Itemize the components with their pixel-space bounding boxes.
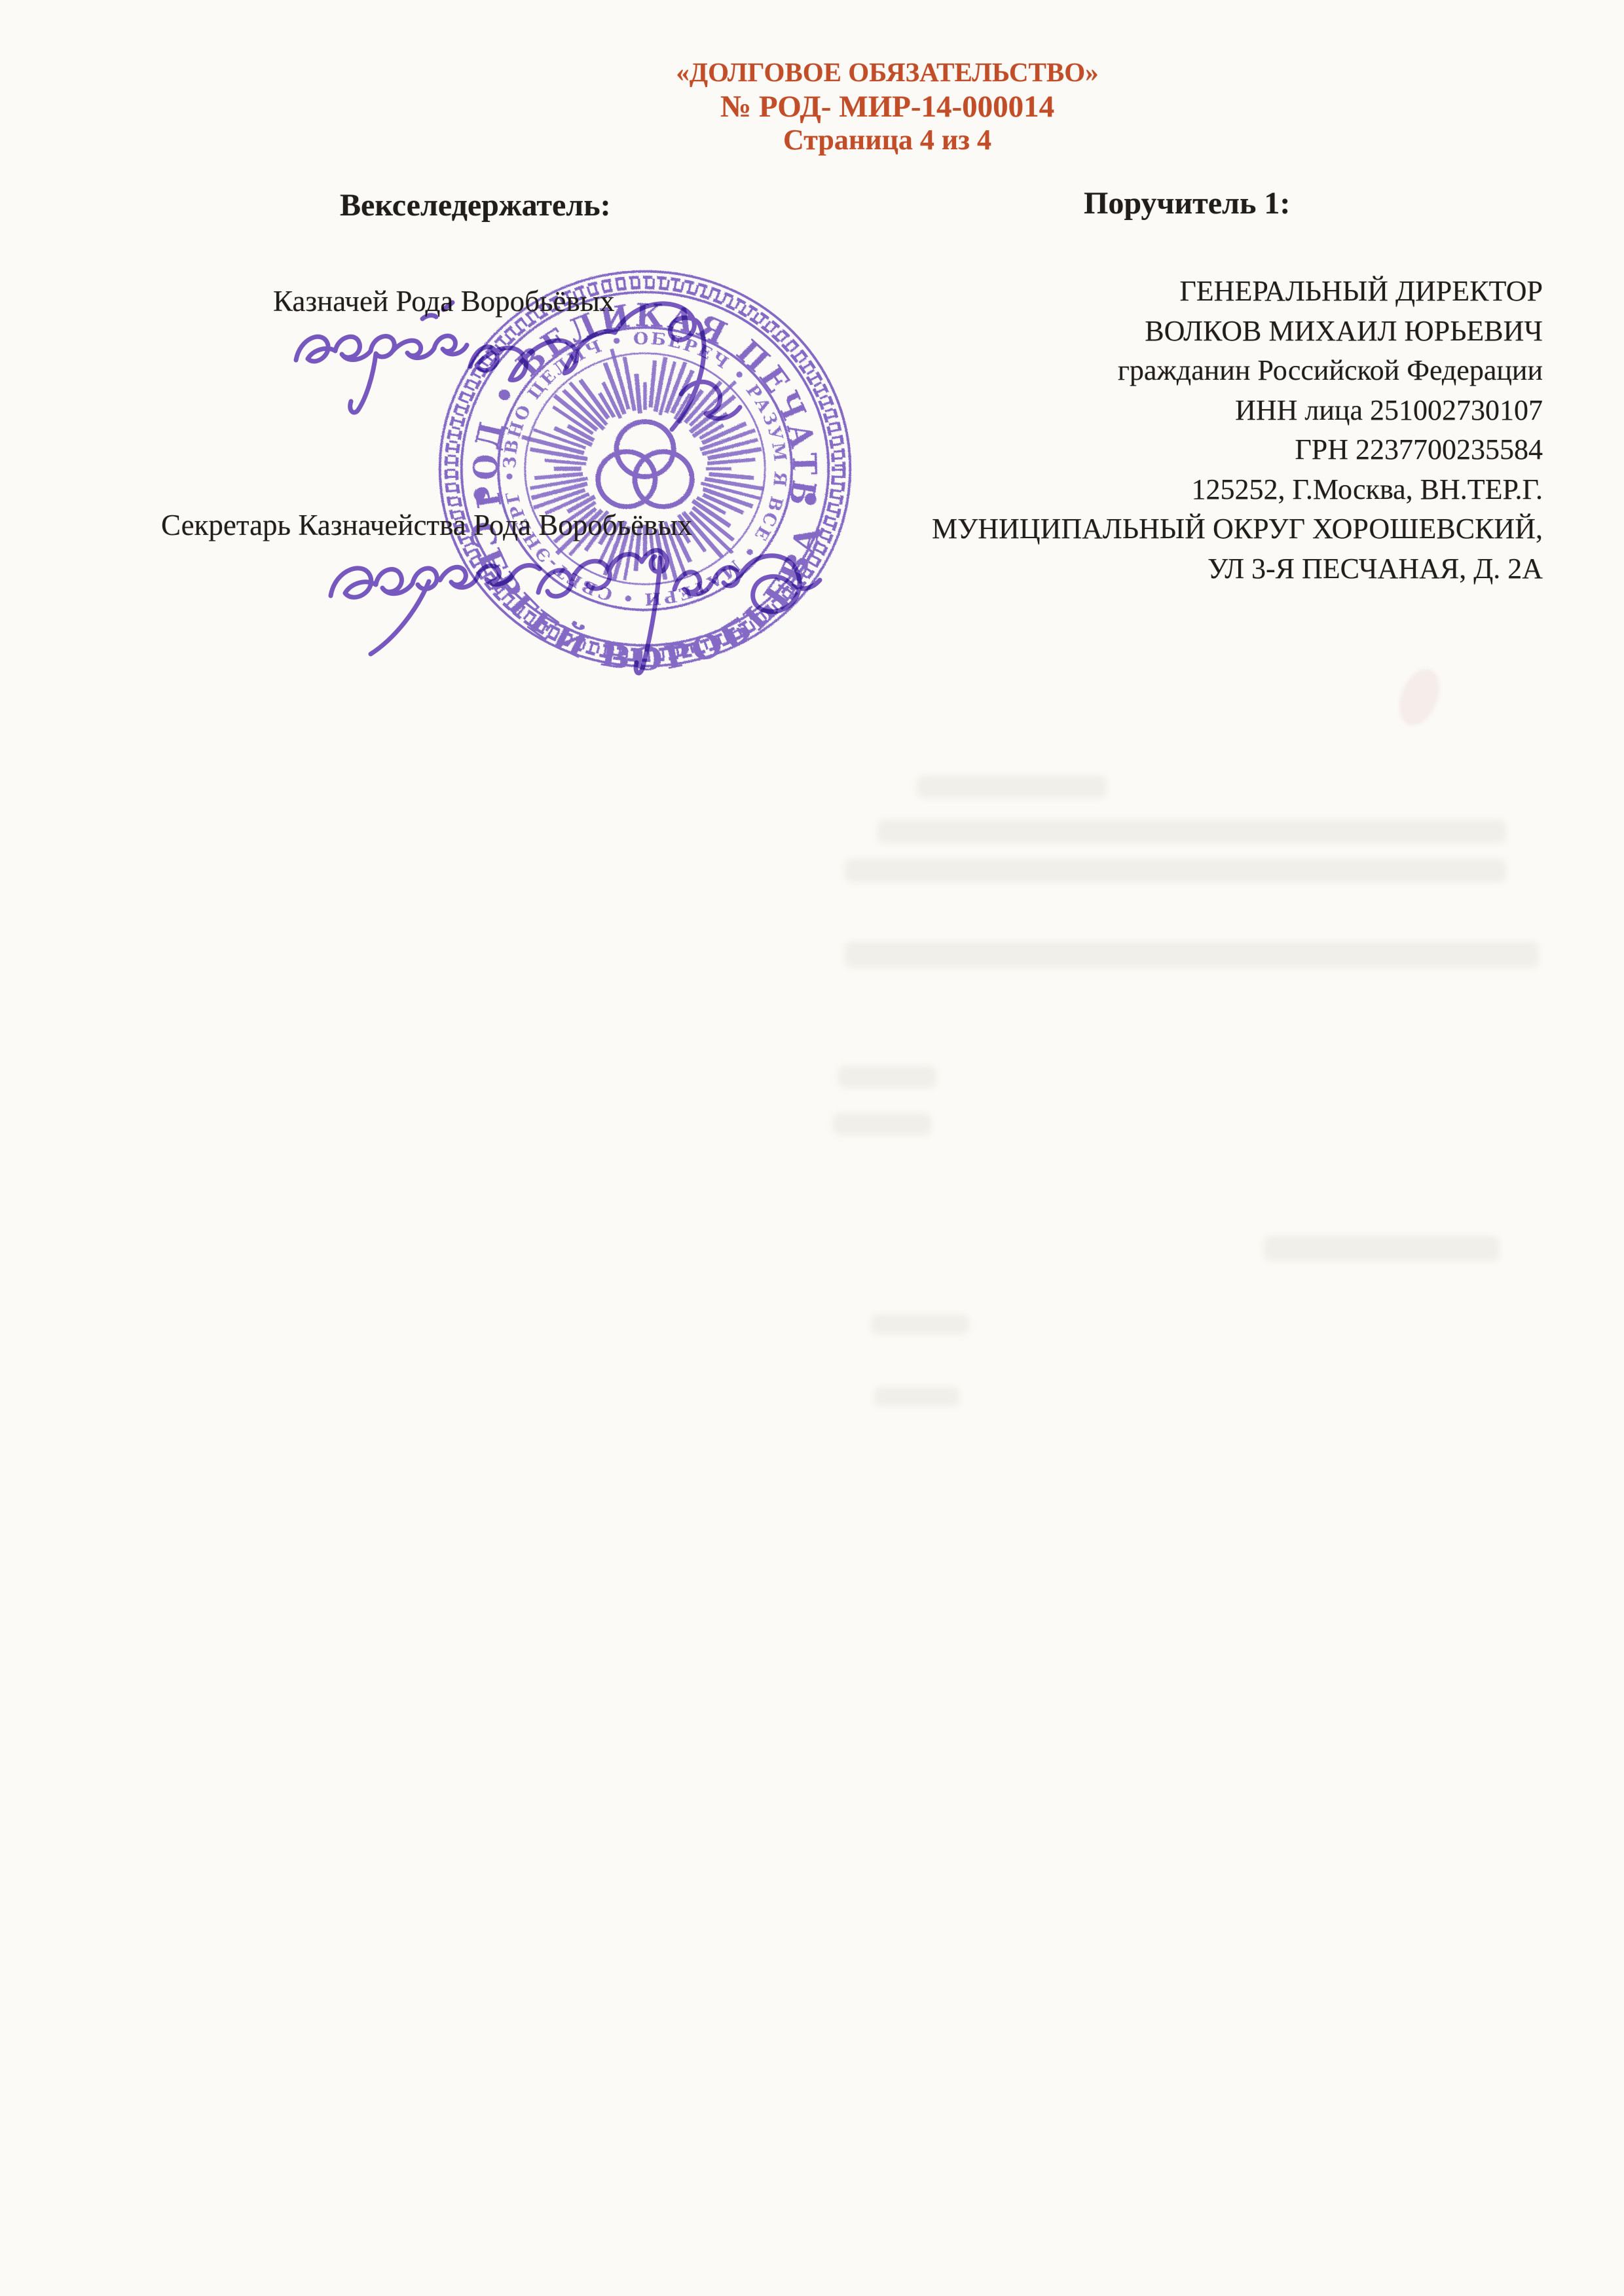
document-page: РОД • ВЕЛИКАЯ ПЕЧАТЬ • СЕРГЕЙ ВОРОБЬЕВА … [0, 0, 1624, 2296]
guarantor-line: 125252, Г.Москва, ВН.ТЕР.Г. [932, 470, 1543, 510]
guarantor-line: УЛ 3-Я ПЕСЧАНАЯ, Д. 2А [932, 549, 1543, 589]
triquetra-symbol [598, 422, 692, 507]
document-title: «ДОЛГОВОЕ ОБЯЗАТЕЛЬСТВО» [151, 56, 1624, 88]
family-seal-stamp: РОД • ВЕЛИКАЯ ПЕЧАТЬ • СЕРГЕЙ ВОРОБЬЕВА … [435, 267, 855, 670]
signatory-role-treasurer: Казначей Рода Воробьёвых [273, 284, 614, 318]
guarantor-line: ИНН лица 251002730107 [932, 391, 1543, 431]
guarantor-line: ВОЛКОВ МИХАИЛ ЮРЬЕВИЧ [932, 312, 1543, 352]
page-indicator: Страница 4 из 4 [151, 123, 1624, 156]
guarantor-line: МУНИЦИПАЛЬНЫЙ ОКРУГ ХОРОШЕВСКИЙ, [932, 509, 1543, 549]
guarantor-column-heading: Поручитель 1: [1084, 185, 1290, 221]
guarantor-line: ГРН 2237700235584 [932, 430, 1543, 470]
ink-smudge [1392, 663, 1447, 731]
guarantor-details: ГЕНЕРАЛЬНЫЙ ДИРЕКТОР ВОЛКОВ МИХАИЛ ЮРЬЕВ… [932, 272, 1543, 589]
guarantor-line: ГЕНЕРАЛЬНЫЙ ДИРЕКТОР [932, 272, 1543, 312]
stamp-inner-ring-text: ЗВНО ЦЕЛИЧ • ОБЕРЕЧ • РАЗУМ Я ВСЕ • МАТЕ… [500, 329, 790, 609]
signatory-role-secretary: Секретарь Казначейства Рода Воробьёвых [161, 508, 692, 542]
guarantor-line: гражданин Российской Федерации [932, 351, 1543, 391]
holder-column-heading: Векселедержатель: [340, 187, 611, 223]
document-number: № РОД- МИР-14-000014 [151, 89, 1624, 124]
sunburst-rays [522, 349, 764, 582]
